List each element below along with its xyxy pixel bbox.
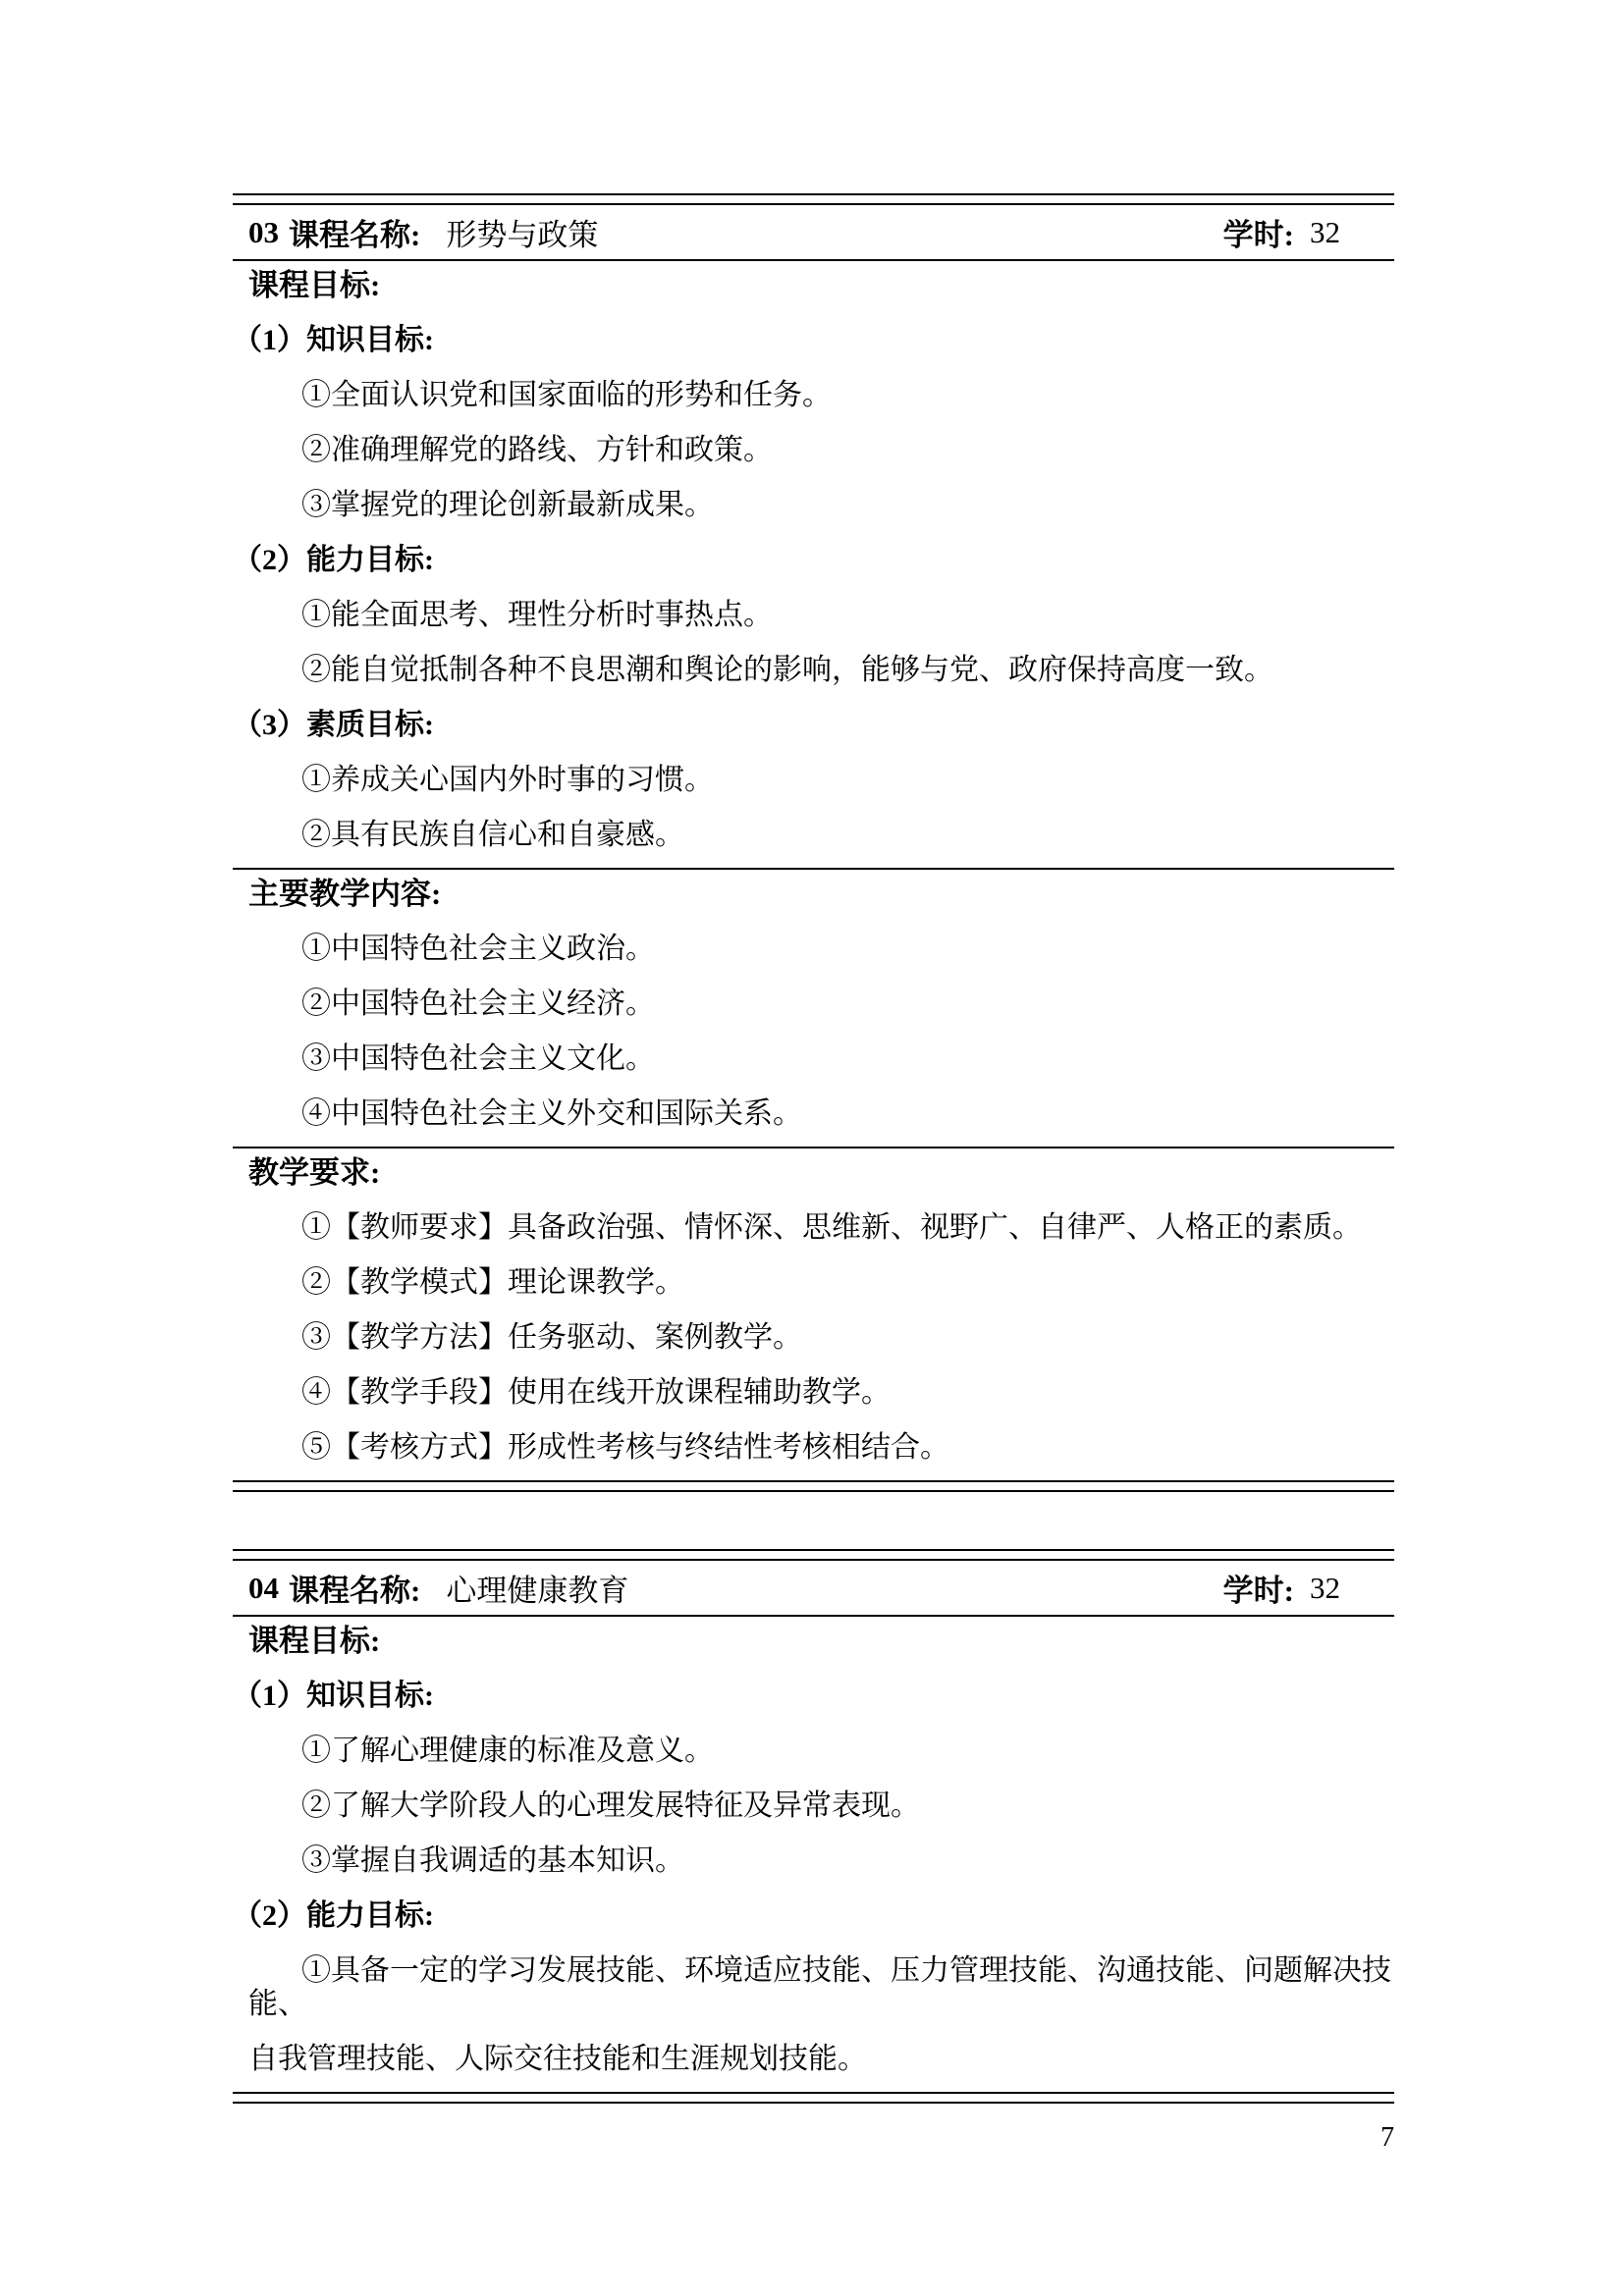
course-name-label: 课程名称: [289,210,420,254]
page-number: 7 [233,2122,1394,2154]
block-bottom-double-rule [233,2092,1394,2104]
section-heading: 课程目标: [233,269,1394,302]
block-top-double-rule [233,1549,1394,1561]
block-top-double-rule [233,193,1394,205]
section-heading: 课程目标: [233,1625,1394,1658]
section-course-objectives: 课程目标: （1）知识目标: ①了解心理健康的标准及意义。 ②了解大学阶段人的心… [233,1617,1394,2092]
group-label: （3）素质目标: [233,709,1394,742]
course-header-row: 03 课程名称: 形势与政策 学时: 32 [233,205,1394,261]
course-number: 04 [248,1571,279,1606]
objective-item: ③掌握自我调适的基本知识。 [233,1844,1394,1878]
objective-paragraph-line: 自我管理技能、人际交往技能和生涯规划技能。 [233,2043,1394,2076]
objective-item: ①全面认识党和国家面临的形势和任务。 [233,379,1394,412]
hours-label: 学时: [1223,1566,1294,1610]
objective-item: ①养成关心国内外时事的习惯。 [233,764,1394,797]
content-item: ①中国特色社会主义政治。 [233,933,1394,966]
requirement-item: ③【教学方法】任务驱动、案例教学。 [233,1321,1394,1355]
requirement-item: ④【教学手段】使用在线开放课程辅助教学。 [233,1376,1394,1410]
objective-item: ②准确理解党的路线、方针和政策。 [233,434,1394,467]
group-label: （1）知识目标: [233,1680,1394,1713]
course-number: 03 [248,215,279,250]
course-hours: 学时: 32 [1223,210,1340,254]
requirement-item: ②【教学模式】理论课教学。 [233,1266,1394,1300]
objective-group-knowledge: （1）知识目标: ①了解心理健康的标准及意义。 ②了解大学阶段人的心理发展特征及… [233,1680,1394,1878]
hours-value: 32 [1310,215,1340,250]
objective-group-ability: （2）能力目标: ①具备一定的学习发展技能、环境适应技能、压力管理技能、沟通技能… [233,1899,1394,2076]
section-heading: 教学要求: [233,1156,1394,1190]
page-content: 03 课程名称: 形势与政策 学时: 32 课程目标: （1）知识目标: ①全面… [233,193,1394,2104]
section-teaching-content: 主要教学内容: ①中国特色社会主义政治。 ②中国特色社会主义经济。 ③中国特色社… [233,868,1394,1147]
requirement-item: ⑤【考核方式】形成性考核与终结性考核相结合。 [233,1431,1394,1465]
course-block-03: 03 课程名称: 形势与政策 学时: 32 课程目标: （1）知识目标: ①全面… [233,193,1394,1492]
section-teaching-requirements: 教学要求: ①【教师要求】具备政治强、情怀深、思维新、视野广、自律严、人格正的素… [233,1147,1394,1480]
hours-label: 学时: [1223,210,1294,254]
requirement-item: ①【教师要求】具备政治强、情怀深、思维新、视野广、自律严、人格正的素质。 [233,1211,1394,1245]
course-name: 形势与政策 [446,210,598,254]
objective-item: ②了解大学阶段人的心理发展特征及异常表现。 [233,1789,1394,1823]
course-name-label: 课程名称: [289,1566,420,1610]
content-item: ②中国特色社会主义经济。 [233,988,1394,1021]
section-heading: 主要教学内容: [233,878,1394,911]
course-header-row: 04 课程名称: 心理健康教育 学时: 32 [233,1561,1394,1617]
document-page: { "page": { "number": "7" }, "blocks": [… [0,0,1624,2296]
block-bottom-double-rule [233,1480,1394,1492]
course-block-04: 04 课程名称: 心理健康教育 学时: 32 课程目标: （1）知识目标: ①了… [233,1549,1394,2104]
group-label: （1）知识目标: [233,324,1394,357]
objective-group-quality: （3）素质目标: ①养成关心国内外时事的习惯。 ②具有民族自信心和自豪感。 [233,709,1394,852]
objective-item: ③掌握党的理论创新最新成果。 [233,489,1394,522]
course-name: 心理健康教育 [446,1566,628,1610]
group-label: （2）能力目标: [233,544,1394,577]
section-course-objectives: 课程目标: （1）知识目标: ①全面认识党和国家面临的形势和任务。 ②准确理解党… [233,261,1394,868]
objective-item: ②具有民族自信心和自豪感。 [233,819,1394,852]
course-hours: 学时: 32 [1223,1566,1340,1610]
objective-item: ①了解心理健康的标准及意义。 [233,1735,1394,1768]
objective-item: ①能全面思考、理性分析时事热点。 [233,599,1394,632]
group-label: （2）能力目标: [233,1899,1394,1933]
objective-group-ability: （2）能力目标: ①能全面思考、理性分析时事热点。 ②能自觉抵制各种不良思潮和舆… [233,544,1394,687]
content-item: ③中国特色社会主义文化。 [233,1042,1394,1076]
hours-value: 32 [1310,1571,1340,1606]
objective-paragraph-line: ①具备一定的学习发展技能、环境适应技能、压力管理技能、沟通技能、问题解决技能、 [233,1954,1394,2021]
objective-item: ②能自觉抵制各种不良思潮和舆论的影响，能够与党、政府保持高度一致。 [233,654,1394,687]
objective-group-knowledge: （1）知识目标: ①全面认识党和国家面临的形势和任务。 ②准确理解党的路线、方针… [233,324,1394,522]
content-item: ④中国特色社会主义外交和国际关系。 [233,1097,1394,1131]
